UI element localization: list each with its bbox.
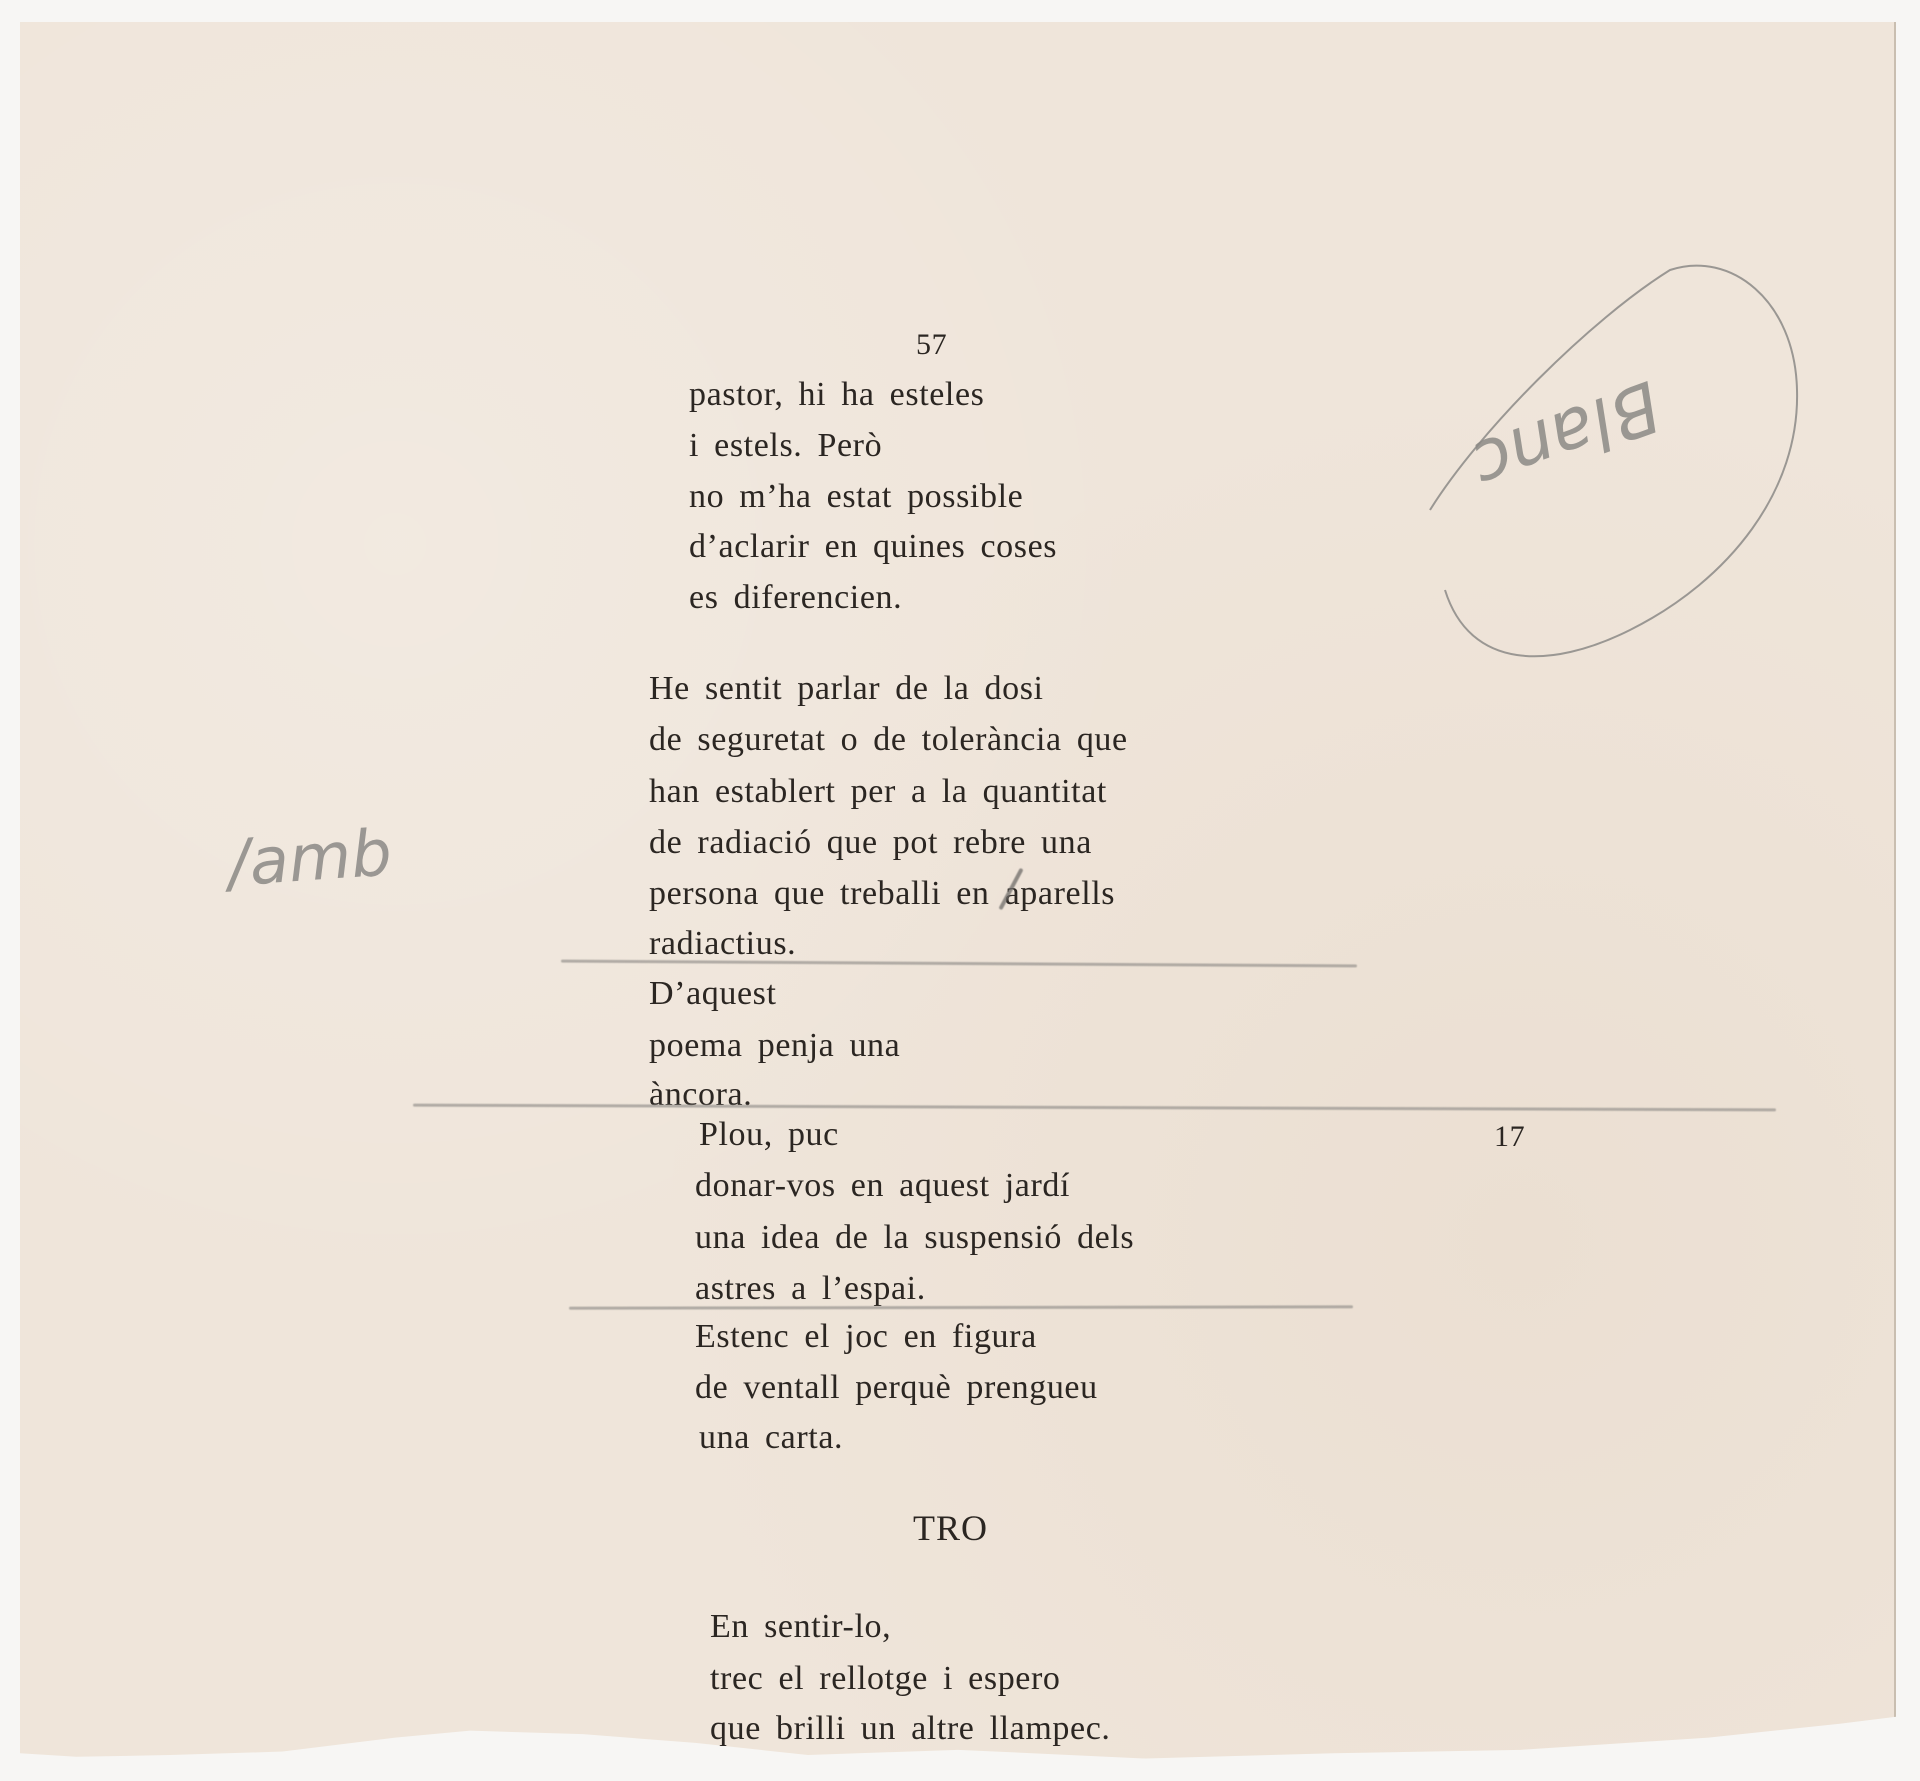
text-line: es diferencien. bbox=[689, 581, 902, 615]
text-line: han establert per a la quantitat bbox=[649, 775, 1107, 809]
text-line: de radiació que pot rebre una bbox=[649, 826, 1092, 860]
text-line: Plou, puc bbox=[699, 1118, 839, 1152]
text-line: d’aclarir en quines coses bbox=[689, 530, 1057, 564]
text-line: Estenc el joc en figura bbox=[695, 1320, 1037, 1354]
text-line: En sentir-lo, bbox=[710, 1610, 891, 1644]
text-line: que brilli un altre llampec. bbox=[710, 1712, 1111, 1746]
pencil-oval-annotation bbox=[1400, 260, 1820, 680]
margin-note-amb: /amb bbox=[226, 816, 395, 901]
text-line: una carta. bbox=[699, 1421, 843, 1455]
page-number-top: 57 bbox=[916, 330, 947, 360]
text-line: He sentit parlar de la dosi bbox=[649, 672, 1044, 706]
text-line: de ventall perquè prengueu bbox=[695, 1371, 1098, 1405]
text-line: trec el rellotge i espero bbox=[710, 1662, 1061, 1696]
text-line: astres a l’espai. bbox=[695, 1272, 926, 1306]
text-line: persona que treballi en aparells bbox=[649, 877, 1115, 911]
text-line: i estels. Però bbox=[689, 429, 882, 463]
page-number-side: 17 bbox=[1494, 1122, 1525, 1152]
text-line: radiactius. bbox=[649, 927, 796, 961]
text-line: poema penja una bbox=[649, 1029, 900, 1063]
text-line: donar-vos en aquest jardí bbox=[695, 1169, 1070, 1203]
text-line: una idea de la suspensió dels bbox=[695, 1221, 1134, 1255]
text-line: pastor, hi ha esteles bbox=[689, 378, 985, 412]
poem-title: TRO bbox=[913, 1510, 988, 1546]
text-line: de seguretat o de tolerància que bbox=[649, 723, 1128, 757]
text-line: D’aquest bbox=[649, 977, 777, 1011]
text-line: no m’ha estat possible bbox=[689, 480, 1023, 514]
